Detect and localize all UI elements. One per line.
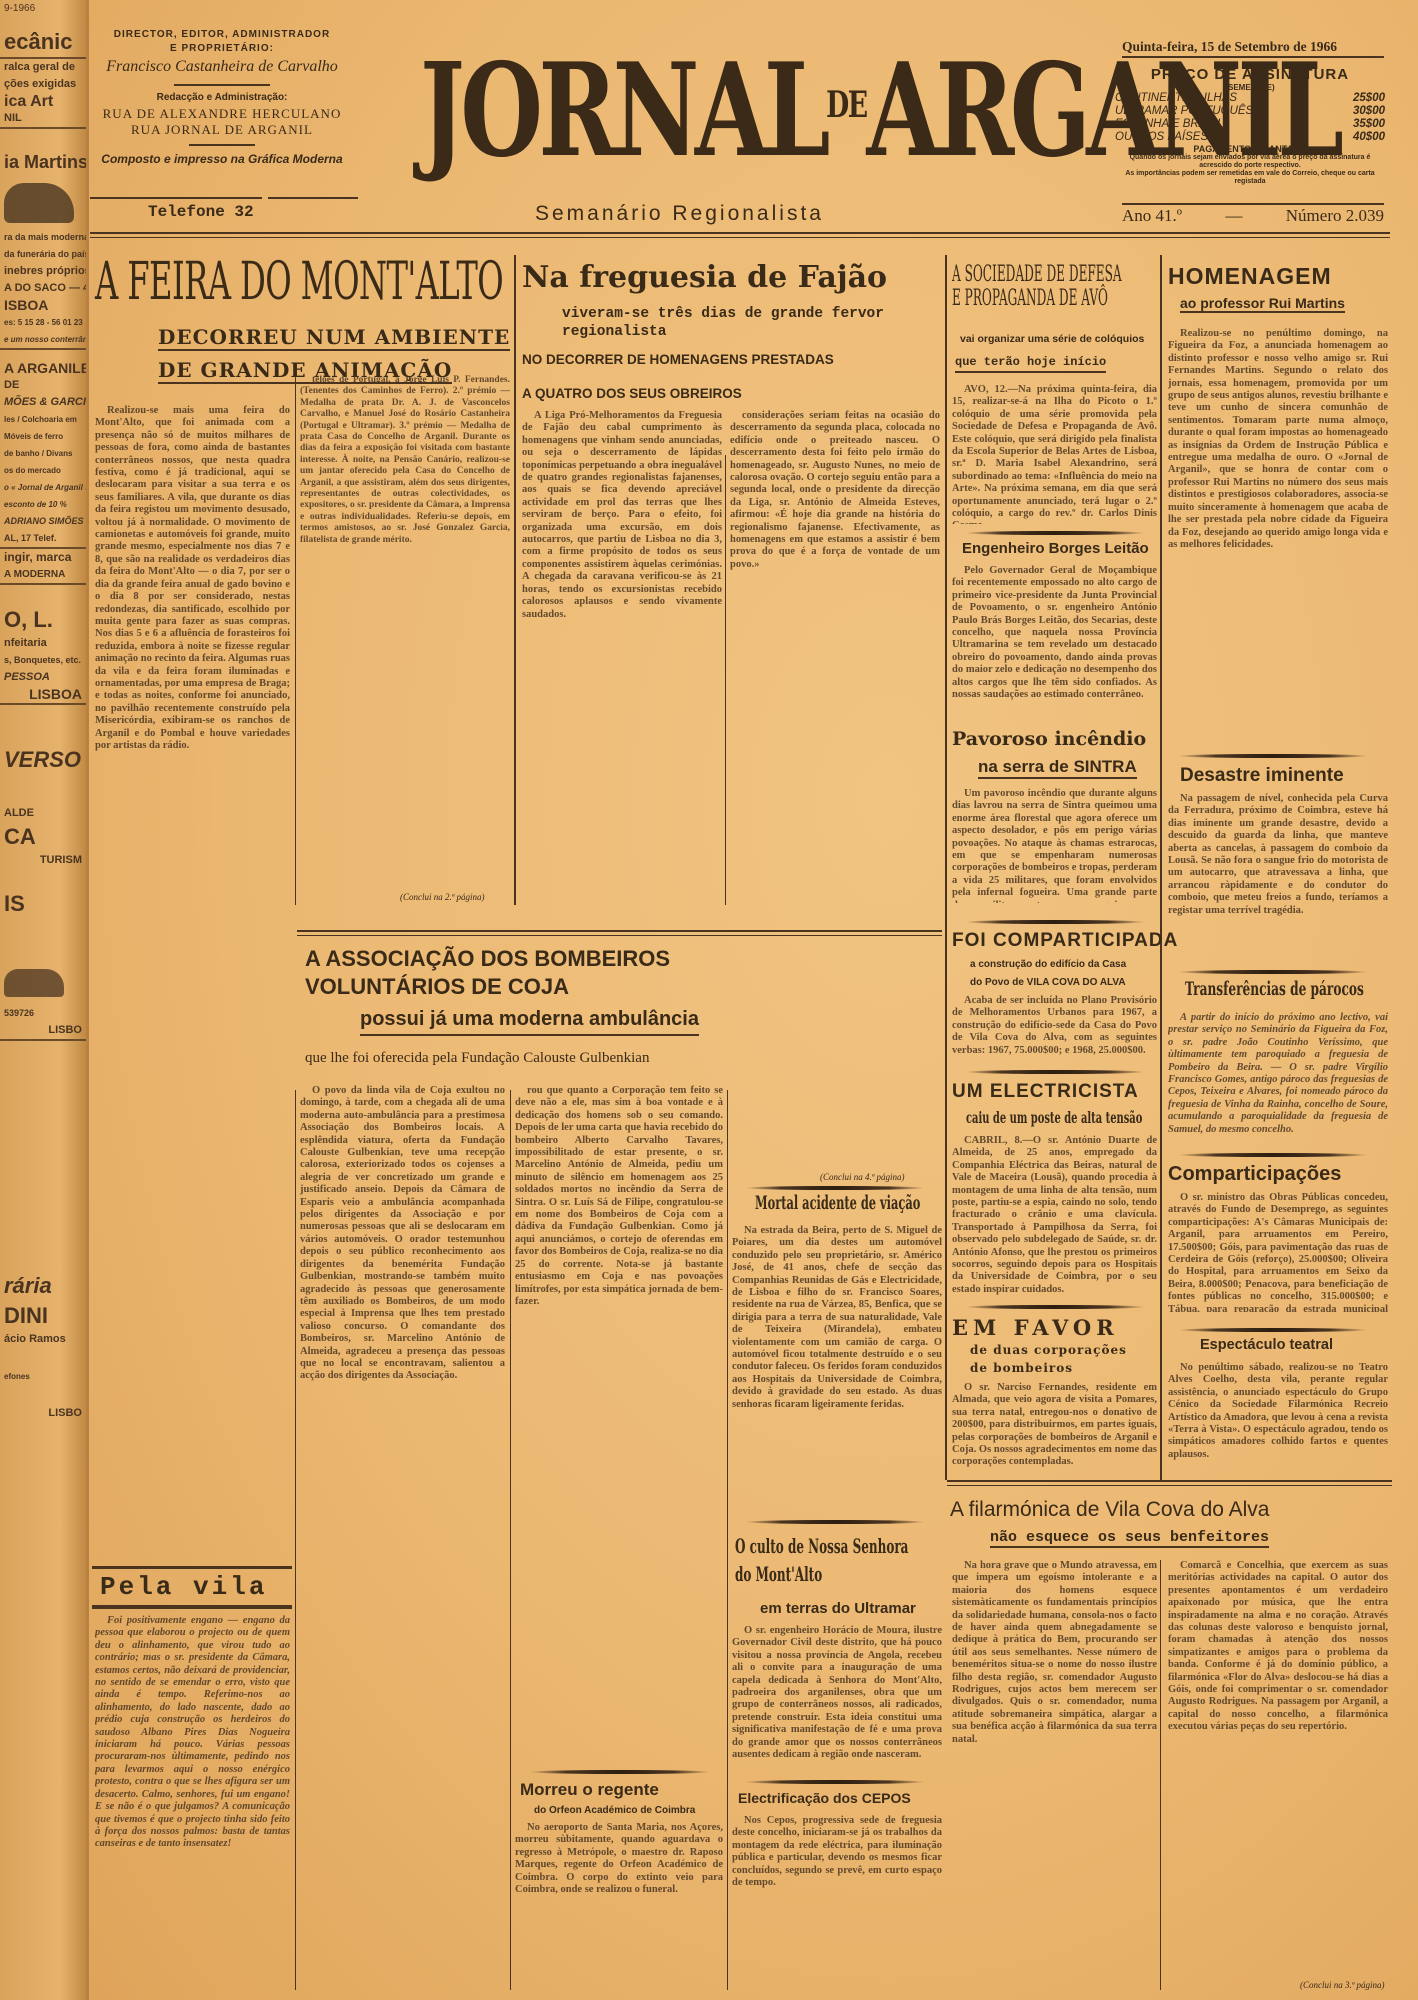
phone-number: Telefone 32 <box>148 203 254 221</box>
address-label: Redacção e Administração: <box>92 92 352 103</box>
headline-homenagem: HOMENAGEM <box>1168 263 1332 290</box>
continued-feira: (Conclui na 2.ª página) <box>400 892 484 902</box>
strip-ad-line: esconto de 10 % <box>0 496 86 513</box>
price-row: ULTRAMAR PORTUGUÊS30$00 <box>1115 105 1385 118</box>
strip-ad-line: CA <box>0 822 86 852</box>
headline-pela-vila: Pela vila <box>100 1572 267 1602</box>
section-flourish <box>745 1780 925 1784</box>
col-divider <box>945 255 947 1480</box>
title-de: DE <box>826 84 866 126</box>
headline-teatral: Espectáculo teatral <box>1200 1337 1333 1353</box>
article-body-electricista: CABRIL, 8.—O sr. António Duarte de Almei… <box>952 1135 1157 1295</box>
headline-fajao: Na freguesia de Fajão <box>522 260 887 295</box>
dash: — <box>1225 206 1242 226</box>
strip-ad-line: NIL <box>0 110 86 129</box>
staff-block: DIRECTOR, EDITOR, ADMINISTRADOR E PROPRI… <box>92 28 352 166</box>
strip-ad-line: s, Bonquetes, etc. <box>0 652 86 669</box>
strip-ad-line: IS <box>0 889 86 919</box>
phone-box-top-2 <box>268 197 358 199</box>
newspaper-title: JORNALDEARGANIL <box>420 30 894 200</box>
strip-ad-line: inebres próprios <box>0 263 86 280</box>
deck-comparticipada-2: do Povo de VILA COVA DO ALVA <box>970 977 1126 988</box>
strip-ad-line: da funerária do país <box>0 246 86 263</box>
strip-ad-line: e um nosso conterrâneo <box>0 331 86 350</box>
article-body-desastre: Na passagem de nível, conhecida pela Cur… <box>1168 793 1388 923</box>
sub-fajao-1: NO DECORRER DE HOMENAGENS PRESTADAS <box>522 352 834 367</box>
article-body-feira-2: telões de Portugal, a Jorge Luís P. Fern… <box>300 375 510 885</box>
printer-credit: Composto e impresso na Gráfica Moderna <box>92 152 352 166</box>
headline-borges: Engenheiro Borges Leitão <box>962 540 1149 557</box>
strip-ad-line: DINI <box>0 1301 86 1331</box>
strip-ad-line: 539726 <box>0 1005 86 1022</box>
issue-info: Ano 41.º — Número 2.039 <box>1122 206 1384 226</box>
headline-filarmonica: A filarmónica de Vila Cova do Alva <box>950 1498 1269 1522</box>
deck-bombeiros-2: que lhe foi oferecida pela Fundação Calo… <box>305 1050 649 1067</box>
section-flourish <box>745 1520 925 1524</box>
article-body-incendio: Um pavoroso incêndio que durante alguns … <box>952 788 1157 903</box>
strip-ad-line: A DO SACO — 42 <box>0 280 86 297</box>
deck-em-favor-2: de bombeiros <box>970 1361 1073 1375</box>
headline-mortal: Mortal acidente de viação <box>755 1192 1031 1214</box>
headline-comparticipacoes: Comparticipações <box>1168 1163 1341 1186</box>
newspaper-subtitle: Semanário Regionalista <box>535 202 824 226</box>
price-row: OUTROS PAÍSES40$00 <box>1115 131 1385 144</box>
strip-ad-line: o « Jornal de Arganil » <box>0 479 86 496</box>
sub-fajao-2: A QUATRO DOS SEUS OBREIROS <box>522 386 742 401</box>
strip-ad-line: AL, 17 Telef. <box>0 530 86 549</box>
col-divider <box>1160 1560 1161 1990</box>
divider <box>174 84 270 86</box>
subscription-period: (SEMESTRE) <box>1115 83 1385 92</box>
strip-date: 9-1966 <box>0 0 86 17</box>
strip-ad-line: ralca geral de <box>0 59 86 76</box>
article-body-comparticipacoes: O sr. ministro das Obras Públicas conced… <box>1168 1192 1388 1312</box>
strip-ad-line: efones <box>0 1368 86 1385</box>
title-jornal: JORNAL <box>420 36 826 186</box>
article-body-filarmonica-2: Comarcã e Concelhia, que exercem as suas… <box>1168 1560 1388 1980</box>
strip-ad-title: ingir, marca <box>0 549 86 566</box>
section-rule <box>297 935 942 936</box>
deck-culto: em terras do Ultramar <box>760 1600 916 1617</box>
section-flourish <box>1178 754 1368 758</box>
headline-desastre: Desastre iminente <box>1180 765 1344 787</box>
masthead-rule-2 <box>90 237 1390 238</box>
col-divider <box>295 375 296 905</box>
subscription-box: PREÇO DE ASSINATURA (SEMESTRE) CONTINENT… <box>1115 66 1385 186</box>
article-body-avo: AVÔ, 12.—Na próxima quinta-feira, dia 15… <box>952 384 1157 524</box>
col-divider <box>725 455 726 905</box>
deck-filarmonica: não esquece os seus benfeitores <box>990 1528 1269 1548</box>
article-body-mortal: Na estrada da Beira, perto de S. Miguel … <box>732 1225 942 1515</box>
director-name: Francisco Castanheira de Carvalho <box>92 58 352 76</box>
strip-ad-line: LISBO <box>0 1405 86 1422</box>
strip-ad-line: ALDE <box>0 805 86 822</box>
article-body-homenagem: Realizou-se no penúltimo domingo, na Fig… <box>1168 328 1388 706</box>
article-body-bombeiros-2: rou que quanto a Corporação tem feito se… <box>515 1085 723 1765</box>
section-flourish <box>530 1770 710 1774</box>
headline-electricista: UM ELECTRICISTA <box>952 1081 1139 1103</box>
headline-parocos: Transferências de párocos <box>1185 978 1418 1000</box>
section-rule <box>92 1566 292 1569</box>
strip-ad-title: VERSO <box>0 745 86 775</box>
col-divider <box>727 1090 728 1990</box>
strip-ad-line: nfeitaria <box>0 635 86 652</box>
headline-avo: A SOCIEDADE DE DEFESA E PROPAGANDA DE AV… <box>952 263 1162 311</box>
strip-ad-line: A MODERNA <box>0 566 86 585</box>
strip-ad-title: A ARGANILE <box>0 360 86 377</box>
subscription-heading: PREÇO DE ASSINATURA <box>1115 66 1385 83</box>
strip-ad-title: rária <box>0 1271 86 1301</box>
section-flourish <box>745 1186 925 1190</box>
remittance-note: As importâncias podem ser remetidas em v… <box>1115 170 1385 186</box>
article-body-morreu: No aeroporto de Santa Maria, nos Açores,… <box>515 1822 723 1992</box>
strip-ad-line: MÕES & GARCIA <box>0 394 86 411</box>
section-flourish <box>1178 1153 1368 1157</box>
deck-comparticipada-1: a construção do edifício da Casa <box>970 959 1126 970</box>
section-rule <box>297 930 942 932</box>
strip-ad-line: ções exigidas <box>0 76 86 93</box>
address-line-1: RUA DE ALEXANDRE HERCULANO <box>92 106 352 122</box>
section-flourish <box>965 920 1145 924</box>
strip-ad-line: os do mercado <box>0 462 86 479</box>
article-body-culto: O sr. engenheiro Horácio de Moura, ilust… <box>732 1625 942 1775</box>
headline-em-favor: EM FAVOR <box>952 1315 1119 1340</box>
strip-ad-title: O, L. <box>0 605 86 635</box>
strip-ad-line: ISBOA <box>0 297 86 314</box>
deck-fajao: viveram-se três dias de grande fervor re… <box>562 305 947 341</box>
strip-ad-line: DE <box>0 377 86 394</box>
deck-avo-1: vai organizar uma série de colóquios <box>960 333 1144 345</box>
continued-filarmonica: (Conclui na 3.ª página) <box>1300 1980 1384 1990</box>
strip-ad-line: ácio Ramos <box>0 1331 86 1348</box>
col-divider <box>295 1090 296 1990</box>
issue-date: Quinta-feira, 15 de Setembro de 1966 <box>1122 38 1384 58</box>
col-divider <box>1160 255 1162 1480</box>
strip-ad-title: ia Martins <box>0 147 86 177</box>
continued-fajao: (Conclui na 4.ª página) <box>820 1172 904 1182</box>
strip-ad-line: ADRIANO SIMÕES <box>0 513 86 530</box>
article-body-fajao: A Liga Pró-Melhoramentos da Freguesia de… <box>522 410 722 905</box>
strip-ad-line: PESSOA <box>0 669 86 686</box>
article-body-pela-vila: Foi positivamente engano — engano da pes… <box>95 1615 290 1990</box>
article-body-em-favor: O sr. Narciso Fernandes, residente em Al… <box>952 1382 1157 1467</box>
masthead-rule <box>90 232 1390 234</box>
deck-em-favor-1: de duas corporações <box>970 1343 1127 1357</box>
headline-comparticipada: FOI COMPARTICIPADA <box>952 930 1178 952</box>
article-body-fajao-2: considerações seriam feitas na ocasião d… <box>730 410 940 905</box>
section-flourish <box>965 1070 1145 1074</box>
article-body-filarmonica: Na hora grave que o Mundo atravessa, em … <box>952 1560 1157 1990</box>
deck-homenagem: ao professor Rui Martins <box>1180 295 1345 313</box>
article-body-feira: Realizou-se mais uma feira do Mont'Alto,… <box>95 405 290 1165</box>
headline-incendio: Pavoroso incêndio <box>952 728 1146 750</box>
strip-ad-line: ra da mais moderna <box>0 229 86 246</box>
price-row: ESPANHA E BRASIL35$00 <box>1115 118 1385 131</box>
col-divider <box>514 255 516 905</box>
deck-morreu: do Orfeon Académico de Coimbra <box>534 1805 695 1816</box>
airmail-note: Quando os jornais sejam enviados por via… <box>1115 154 1385 170</box>
strip-ad-line: de banho / Divans <box>0 445 86 462</box>
section-flourish <box>1178 970 1368 974</box>
strip-ad-line: Móveis de ferro <box>0 428 86 445</box>
headline-morreu: Morreu o regente <box>520 1780 659 1800</box>
headline-cepos: Electrificação dos CEPOS <box>738 1790 911 1806</box>
article-body-teatral: No penúltimo sábado, realizou-se no Teat… <box>1168 1362 1388 1462</box>
headline-feira: A FEIRA DO MONT'ALTO <box>95 250 515 320</box>
strip-ad-line: LISBO <box>0 1022 86 1041</box>
headline-bombeiros: A ASSOCIAÇÃO DOS BOMBEIROS VOLUNTÁRIOS D… <box>305 945 670 1001</box>
price-row: CONTINENTE E ILHAS25$00 <box>1115 92 1385 105</box>
section-flourish <box>965 531 1145 535</box>
payment-note: PAGAMENTO ADIANTADO <box>1115 144 1385 154</box>
article-body-bombeiros: O povo da linda vila de Coja exultou no … <box>300 1085 505 1990</box>
hearse-illustration <box>4 183 74 223</box>
deck-avo-2: que terão hoje início <box>955 352 1106 373</box>
staff-role: DIRECTOR, EDITOR, ADMINISTRADOR E PROPRI… <box>92 28 352 56</box>
section-flourish <box>1178 1328 1368 1332</box>
car-illustration <box>4 969 64 997</box>
phone-box-top <box>90 197 262 199</box>
strip-ad-line: TURISM <box>0 852 86 869</box>
deck-incendio: na serra de SINTRA <box>978 757 1137 779</box>
strip-ad-title: ecânic <box>0 27 86 59</box>
deck-feira-1: DECORREU NUM AMBIENTE <box>158 325 510 351</box>
deck-bombeiros-1: possui já uma moderna ambulância <box>360 1008 699 1036</box>
strip-ad-line: LISBOA <box>0 686 86 705</box>
issue-number: Número 2.039 <box>1286 206 1384 226</box>
strip-ad-line: es: 5 15 28 - 56 01 23 <box>0 314 86 331</box>
adjacent-page-strip: 9-1966 ecânic ralca geral de ções exigid… <box>0 0 89 2000</box>
col-divider <box>510 1090 511 1990</box>
article-body-borges: Pelo Governador Geral de Moçambique foi … <box>952 565 1157 725</box>
article-body-cepos: Nos Cepos, progressiva sede de freguesia… <box>732 1815 942 1990</box>
strip-ad-line: les / Colchoaria em <box>0 411 86 428</box>
section-rule <box>947 1485 1392 1486</box>
section-flourish <box>965 1305 1145 1309</box>
article-body-parocos: A partir do início do próximo ano lectiv… <box>1168 1012 1388 1142</box>
article-body-comparticipada: Acaba de ser incluída no Plano Provisóri… <box>952 995 1157 1065</box>
address-line-2: RUA JORNAL DE ARGANIL <box>92 122 352 138</box>
section-rule <box>947 1480 1392 1482</box>
divider <box>1122 203 1384 205</box>
section-rule <box>92 1605 292 1609</box>
divider <box>189 144 255 146</box>
strip-ad-line: ica Art <box>0 93 86 110</box>
year-label: Ano 41.º <box>1122 206 1182 226</box>
